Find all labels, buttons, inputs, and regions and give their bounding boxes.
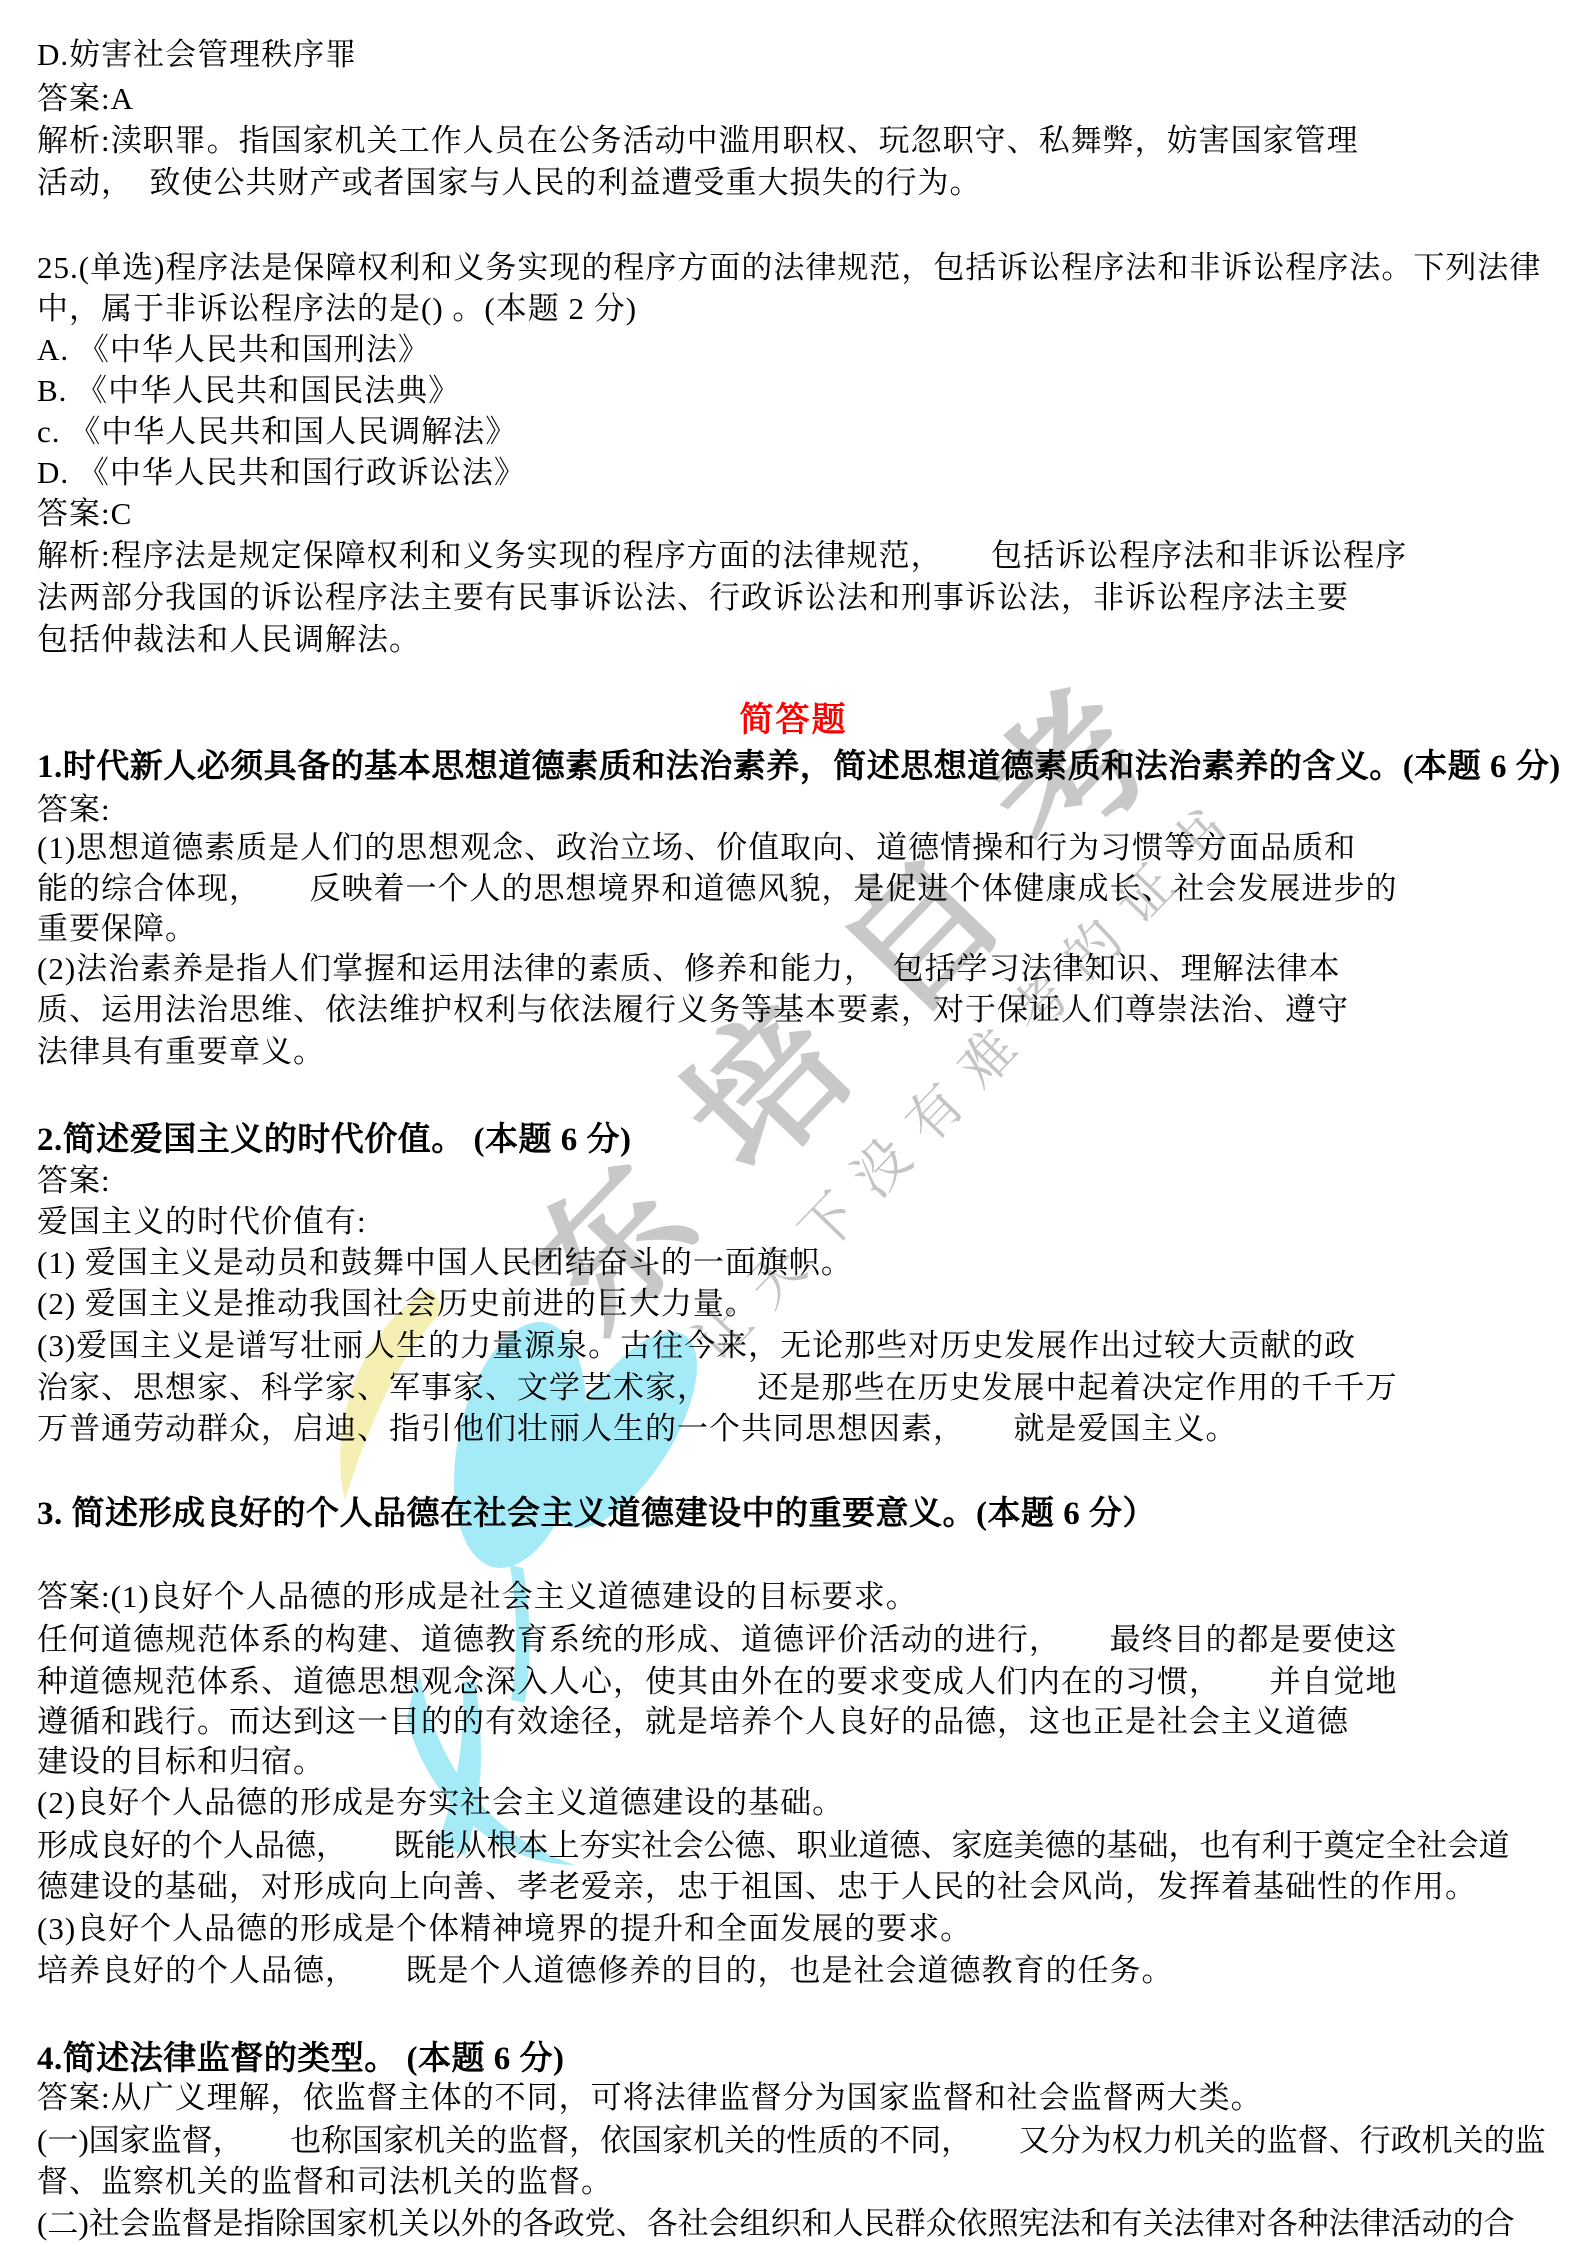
answer-line: 德建设的基础，对形成向上向善、孝老爱亲，忠于祖国、忠于人民的社会风尚，发挥着基础… [37, 1866, 1477, 1908]
question-4: 4.简述法律监督的类型。 (本题 6 分) [37, 2038, 564, 2080]
answer-line: (1) 爱国主义是动员和鼓舞中国人民团结奋斗的一面旗帜。 [37, 1242, 853, 1284]
answer-line: 答案:(1)良好个人品德的形成是社会主义道德建设的目标要求。 [37, 1576, 918, 1618]
answer-line: 形成良好的个人品德， 既能从根本上夯实社会公德、职业道德、家庭美德的基础，也有利… [37, 1825, 1510, 1867]
option-a: A. 《中华人民共和国刑法》 [37, 329, 430, 371]
document-page: 东培自考 让天下没有难考的证书 D.妨害社会管理秩序罪 答案:A 解析:渎职罪。… [0, 0, 1587, 2245]
answer-line: 任何道德规范体系的构建、道德教育系统的形成、道德评价活动的进行， 最终目的都是要… [37, 1619, 1398, 1661]
answer-label: 答案: [37, 1160, 111, 1202]
answer-line: 法律具有重要章义。 [37, 1031, 325, 1073]
explanation-line: 包括仲裁法和人民调解法。 [37, 619, 421, 661]
explanation-line: 活动， 致使公共财产或者国家与人民的利益遭受重大损失的行为。 [37, 162, 982, 204]
answer-line: (3)爱国主义是谱写壮丽人生的力量源泉。古往今来，无论那些对历史发展作出过较大贡… [37, 1325, 1356, 1367]
explanation-line: 解析:渎职罪。指国家机关工作人员在公务活动中滥用职权、玩忽职守、私舞弊，妨害国家… [37, 120, 1359, 162]
answer-line: (3)良好个人品德的形成是个体精神境界的提升和全面发展的要求。 [37, 1908, 972, 1950]
answer-line: 治家、思想家、科学家、军事家、文学艺术家， 还是那些在历史发展中起着决定作用的千… [37, 1367, 1398, 1409]
explanation-line: 解析:程序法是规定保障权利和义务实现的程序方面的法律规范， 包括诉讼程序法和非诉… [37, 535, 1407, 577]
answer-line: (2)良好个人品德的形成是夯实社会主义道德建设的基础。 [37, 1782, 844, 1824]
section-heading: 简答题 [0, 700, 1587, 742]
answer-label: 答案: [37, 789, 111, 831]
answer-line: 答案:A [37, 78, 134, 120]
question-25-line: 25.(单选)程序法是保障权利和义务实现的程序方面的法律规范，包括诉讼程序法和非… [37, 247, 1541, 289]
answer-line: 种道德规范体系、道德思想观念深入人心，使其由外在的要求变成人们内在的习惯， 并自… [37, 1661, 1398, 1703]
answer-line: 答案:C [37, 493, 132, 535]
answer-line: 遵循和践行。而达到这一目的的有效途径，就是培养个人良好的品德，这也正是社会主义道… [37, 1701, 1349, 1743]
answer-line: (2)法治素养是指人们掌握和运用法律的素质、修养和能力， 包括学习法律知识、理解… [37, 948, 1341, 990]
answer-line: (二)社会监督是指除国家机关以外的各政党、各社会组织和人民群众依照宪法和有关法律… [37, 2203, 1515, 2245]
answer-line: 督、监察机关的监督和司法机关的监督。 [37, 2161, 613, 2203]
answer-line: 答案:从广义理解，依监督主体的不同，可将法律监督分为国家监督和社会监督两大类。 [37, 2077, 1263, 2119]
option-c: c. 《中华人民共和国人民调解法》 [37, 411, 517, 453]
answer-line: (一)国家监督， 也称国家机关的监督，依国家机关的性质的不同， 又分为权力机关的… [37, 2120, 1546, 2162]
question-2: 2.简述爱国主义的时代价值。 (本题 6 分) [37, 1119, 631, 1161]
answer-line: 培养良好的个人品德， 既是个人道德修养的目的，也是社会道德教育的任务。 [37, 1950, 1174, 1992]
answer-line: 重要保障。 [37, 908, 197, 950]
answer-line: 能的综合体现， 反映着一个人的思想境界和道德风貌，是促进个体健康成长、社会发展进… [37, 868, 1398, 910]
question-3: 3. 简述形成良好的个人品德在社会主义道德建设中的重要意义。(本题 6 分） [37, 1493, 1156, 1535]
answer-line: 万普通劳动群众，启迪、指引他们壮丽人生的一个共同思想因素， 就是爱国主义。 [37, 1408, 1238, 1450]
answer-line: 质、运用法治思维、依法维护权利与依法履行义务等基本要素，对于保证人们尊崇法治、遵… [37, 989, 1349, 1031]
question-25-line: 中，属于非诉讼程序法的是() 。(本题 2 分) [37, 288, 637, 330]
document-text: D.妨害社会管理秩序罪 答案:A 解析:渎职罪。指国家机关工作人员在公务活动中滥… [0, 0, 1587, 2245]
answer-line: 建设的目标和归宿。 [37, 1741, 325, 1783]
option-line: D.妨害社会管理秩序罪 [37, 34, 357, 76]
option-d: D. 《中华人民共和国行政诉讼法》 [37, 452, 526, 494]
explanation-line: 法两部分我国的诉讼程序法主要有民事诉讼法、行政诉讼法和刑事诉讼法，非诉讼程序法主… [37, 577, 1349, 619]
option-b: B. 《中华人民共和国民法典》 [37, 370, 460, 412]
answer-line: 爱国主义的时代价值有: [37, 1201, 367, 1243]
answer-line: (2) 爱国主义是推动我国社会历史前进的巨大力量。 [37, 1283, 757, 1325]
question-1: 1.时代新人必须具备的基本思想道德素质和法治素养，简述思想道德素质和法治素养的含… [37, 746, 1561, 788]
answer-line: (1)思想道德素质是人们的思想观念、政治立场、价值取向、道德情操和行为习惯等方面… [37, 827, 1356, 869]
